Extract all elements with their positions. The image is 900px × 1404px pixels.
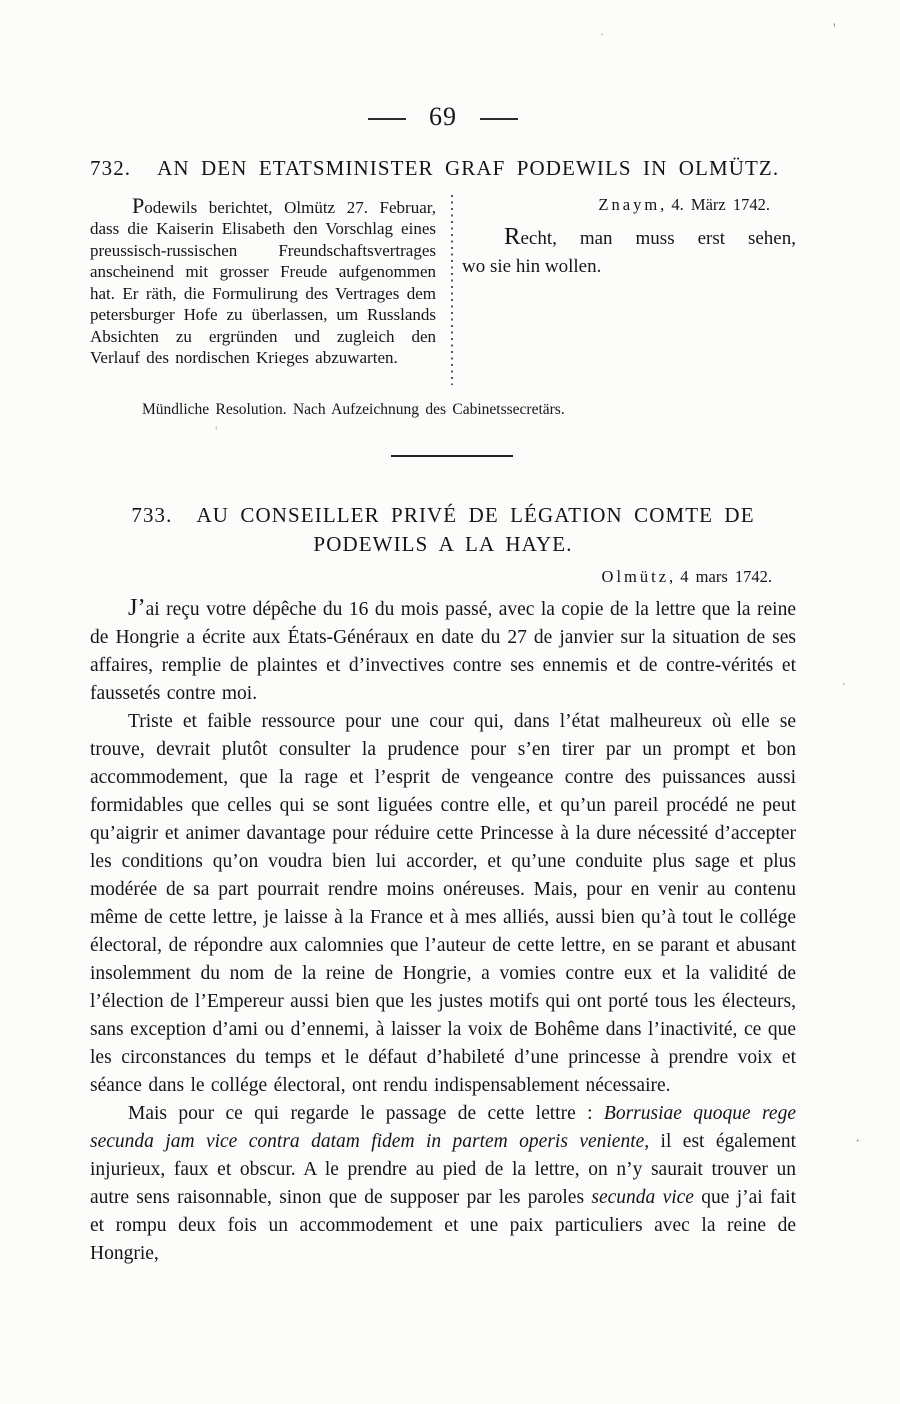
entry-732-dateline-date: , 4. März 1742. xyxy=(660,195,770,214)
entry-732: 732. AN DEN ETATSMINISTER GRAF PODEWILS … xyxy=(90,156,796,419)
scan-artifact: · xyxy=(855,1134,860,1150)
entry-732-reply-line-2: wo sie hin wollen. xyxy=(462,253,796,281)
entry-733-dateline-date: , 4 mars 1742. xyxy=(669,567,772,586)
latin-quote-italic: secunda vice xyxy=(591,1187,694,1208)
entry-732-reply-line-1: Recht, man muss erst sehen, xyxy=(462,223,796,253)
scanned-book-page: 'ˊ'.· 69 732. AN DEN ETATSMINISTER GRAF … xyxy=(0,0,900,1404)
entry-732-number: 732. xyxy=(90,156,131,181)
entry-732-footnote: Mündliche Resolution. Nach Aufzeichnung … xyxy=(90,401,796,419)
letter-paragraph: Triste et faible ressource pour une cour… xyxy=(90,708,796,1100)
entry-733-heading: 733.AU CONSEILLER PRIVÉ DE LÉGATION COMT… xyxy=(90,501,796,559)
page-number-dash-right xyxy=(480,118,518,120)
page-number: 69 xyxy=(429,102,457,132)
page-number-dash-left xyxy=(368,118,406,120)
entry-732-reply-column: Znaym, 4. März 1742. Recht, man muss ers… xyxy=(462,195,796,385)
page-header: 69 xyxy=(90,102,796,132)
entry-733-dateline-place: Olmütz xyxy=(602,567,670,586)
entry-733-number: 733. xyxy=(131,503,172,527)
scan-artifact: ' xyxy=(833,22,836,37)
letter-paragraph: J’ai reçu votre dépêche du 16 du mois pa… xyxy=(90,594,796,708)
section-separator-rule xyxy=(391,455,513,457)
entry-733-title-line-1: AU CONSEILLER PRIVÉ DE LÉGATION COMTE DE xyxy=(197,503,755,527)
entry-732-columns: Podewils berichtet, Olmütz 27. Februar, … xyxy=(90,195,796,385)
scan-artifact: . xyxy=(842,675,846,689)
letter-paragraph: Mais pour ce qui regarde le passage de c… xyxy=(90,1100,796,1268)
column-divider-dotted-rule xyxy=(451,195,453,385)
entry-732-dateline-place: Znaym xyxy=(598,195,660,214)
entry-733-letter-body: J’ai reçu votre dépêche du 16 du mois pa… xyxy=(90,594,796,1268)
entry-733-title-line-2: PODEWILS A LA HAYE. xyxy=(313,532,572,556)
paragraph-text: Mais pour ce qui regarde le passage de c… xyxy=(128,1103,604,1124)
entry-732-title: AN DEN ETATSMINISTER GRAF PODEWILS IN OL… xyxy=(157,156,779,181)
entry-733: 733.AU CONSEILLER PRIVÉ DE LÉGATION COMT… xyxy=(90,501,796,1268)
entry-732-summary: Podewils berichtet, Olmütz 27. Februar, … xyxy=(90,195,442,385)
paragraph-text: Triste et faible ressource pour une cour… xyxy=(90,711,796,1096)
entry-732-heading: 732. AN DEN ETATSMINISTER GRAF PODEWILS … xyxy=(90,156,796,181)
page-content: 69 732. AN DEN ETATSMINISTER GRAF PODEWI… xyxy=(90,0,796,1268)
entry-733-dateline: Olmütz, 4 mars 1742. xyxy=(90,567,796,587)
paragraph-text: J’ai reçu votre dépêche du 16 du mois pa… xyxy=(90,599,796,704)
entry-732-dateline: Znaym, 4. März 1742. xyxy=(462,195,796,215)
entry-732-reply: Recht, man muss erst sehen, wo sie hin w… xyxy=(462,223,796,281)
